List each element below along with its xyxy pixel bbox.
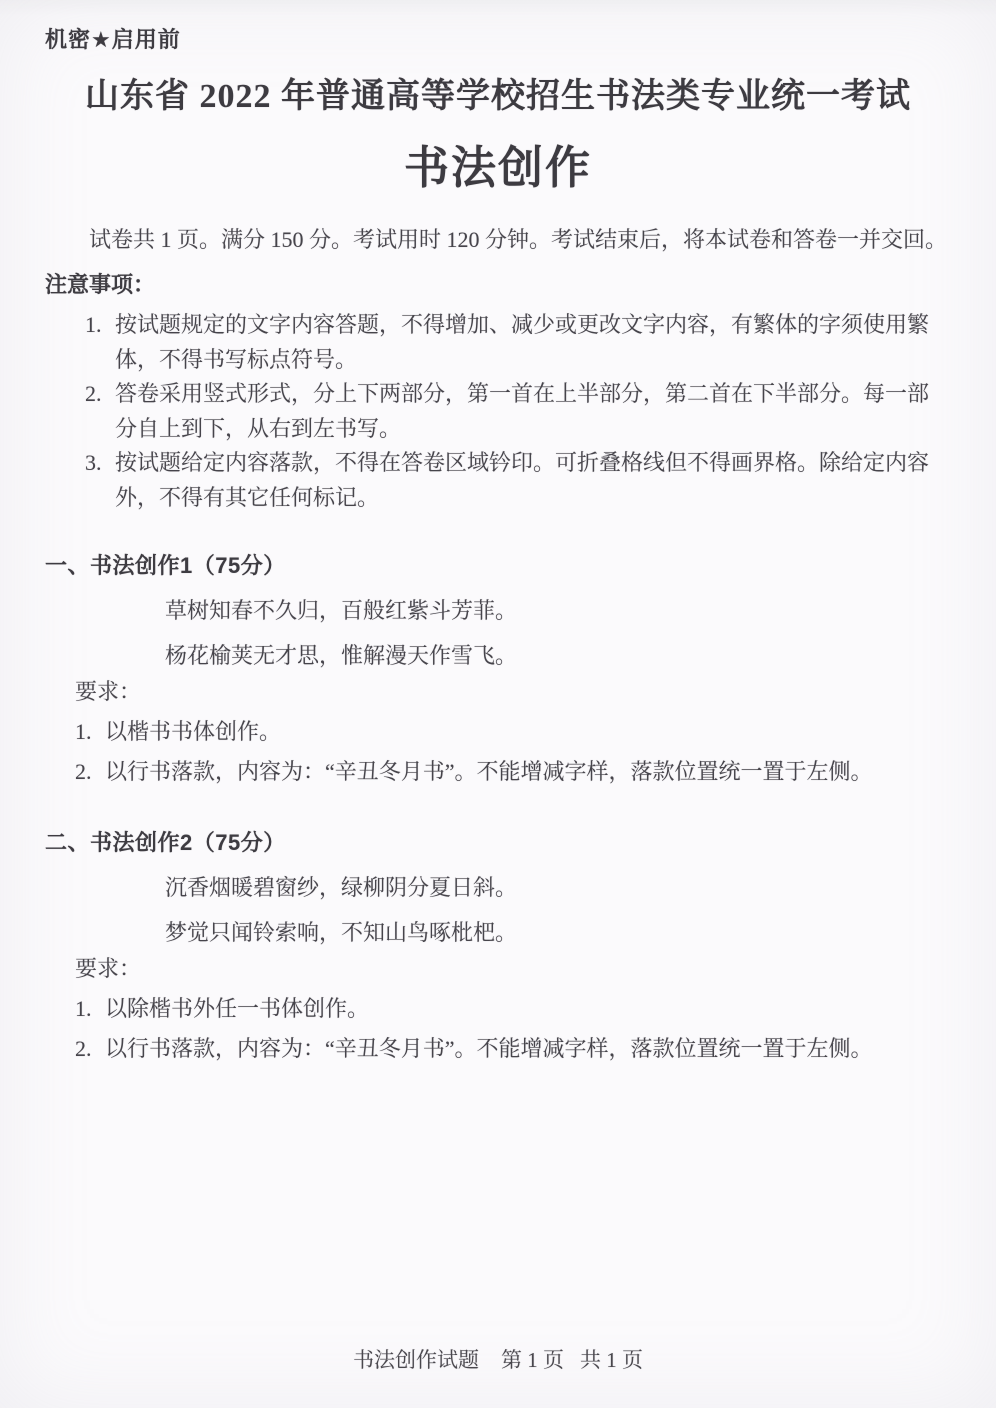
note-text: 按试题给定内容落款，不得在答卷区域钤印。可折叠格线但不得画界格。除给定内容外，不… <box>115 450 929 510</box>
requirement-number: 1. <box>75 989 105 1029</box>
poem-block: 草树知春不久归，百般红紫斗芳菲。 杨花榆荚无才思，惟解漫天作雪飞。 <box>165 588 996 678</box>
note-item: 2.答卷采用竖式形式，分上下两部分，第一首在上半部分，第二首在下半部分。每一部分… <box>85 377 935 446</box>
requirement-text: 以楷书书体创作。 <box>105 719 281 744</box>
section-heading: 二、书法创作2（75分） <box>45 828 996 858</box>
exam-subtitle: 书法创作 <box>0 142 996 194</box>
poem-line: 草树知春不久归，百般红紫斗芳菲。 <box>165 588 996 633</box>
requirements-heading: 要求： <box>75 678 996 706</box>
footer-page-number: 第 1 页 <box>501 1348 564 1372</box>
notes-heading: 注意事项： <box>45 271 996 299</box>
requirement-number: 1. <box>75 712 105 752</box>
section-calligraphy-1: 一、书法创作1（75分） 草树知春不久归，百般红紫斗芳菲。 杨花榆荚无才思，惟解… <box>0 551 996 792</box>
footer-doc-label: 书法创作试题 <box>353 1348 479 1372</box>
intro-paragraph: 试卷共 1 页。满分 150 分。考试用时 120 分钟。考试结束后，将本试卷和… <box>45 226 956 254</box>
poem-block: 沉香烟暖碧窗纱，绿柳阴分夏日斜。 梦觉只闻铃索响，不知山鸟啄枇杷。 <box>165 865 996 955</box>
note-text: 按试题规定的文字内容答题，不得增加、减少或更改文字内容，有繁体的字须使用繁体，不… <box>115 312 929 372</box>
section-heading: 一、书法创作1（75分） <box>45 551 996 581</box>
notes-list: 1.按试题规定的文字内容答题，不得增加、减少或更改文字内容，有繁体的字须使用繁体… <box>85 308 935 516</box>
poem-line: 杨花榆荚无才思，惟解漫天作雪飞。 <box>165 633 996 678</box>
requirement-text: 以行书落款，内容为：“辛丑冬月书”。不能增减字样，落款位置统一置于左侧。 <box>105 759 873 784</box>
page-footer: 书法创作试题第 1 页共 1 页 <box>0 1346 996 1374</box>
requirement-text: 以行书落款，内容为：“辛丑冬月书”。不能增减字样，落款位置统一置于左侧。 <box>105 1036 873 1061</box>
confidential-label: 机密★启用前 <box>45 26 996 54</box>
requirements-heading: 要求： <box>75 955 996 983</box>
requirement-item: 1.以楷书书体创作。 <box>75 712 965 752</box>
requirement-text: 以除楷书外任一书体创作。 <box>105 996 369 1021</box>
section-calligraphy-2: 二、书法创作2（75分） 沉香烟暖碧窗纱，绿柳阴分夏日斜。 梦觉只闻铃索响，不知… <box>0 828 996 1069</box>
poem-line: 梦觉只闻铃索响，不知山鸟啄枇杷。 <box>165 910 996 955</box>
requirement-item: 2.以行书落款，内容为：“辛丑冬月书”。不能增减字样，落款位置统一置于左侧。 <box>75 1029 965 1069</box>
requirement-number: 2. <box>75 752 105 792</box>
poem-line: 沉香烟暖碧窗纱，绿柳阴分夏日斜。 <box>165 865 996 910</box>
note-number: 2. <box>85 377 115 412</box>
requirement-number: 2. <box>75 1029 105 1069</box>
exam-paper-page: 机密★启用前 山东省 2022 年普通高等学校招生书法类专业统一考试 书法创作 … <box>0 0 996 1408</box>
requirement-item: 2.以行书落款，内容为：“辛丑冬月书”。不能增减字样，落款位置统一置于左侧。 <box>75 752 965 792</box>
requirement-item: 1.以除楷书外任一书体创作。 <box>75 989 965 1029</box>
note-number: 3. <box>85 446 115 481</box>
note-number: 1. <box>85 308 115 343</box>
requirements-list: 1.以楷书书体创作。 2.以行书落款，内容为：“辛丑冬月书”。不能增减字样，落款… <box>75 712 965 792</box>
note-item: 1.按试题规定的文字内容答题，不得增加、减少或更改文字内容，有繁体的字须使用繁体… <box>85 308 935 377</box>
requirements-list: 1.以除楷书外任一书体创作。 2.以行书落款，内容为：“辛丑冬月书”。不能增减字… <box>75 989 965 1069</box>
note-item: 3.按试题给定内容落款，不得在答卷区域钤印。可折叠格线但不得画界格。除给定内容外… <box>85 446 935 515</box>
exam-title: 山东省 2022 年普通高等学校招生书法类专业统一考试 <box>0 78 996 116</box>
footer-total-pages: 共 1 页 <box>580 1348 643 1372</box>
note-text: 答卷采用竖式形式，分上下两部分，第一首在上半部分，第二首在下半部分。每一部分自上… <box>115 381 929 441</box>
